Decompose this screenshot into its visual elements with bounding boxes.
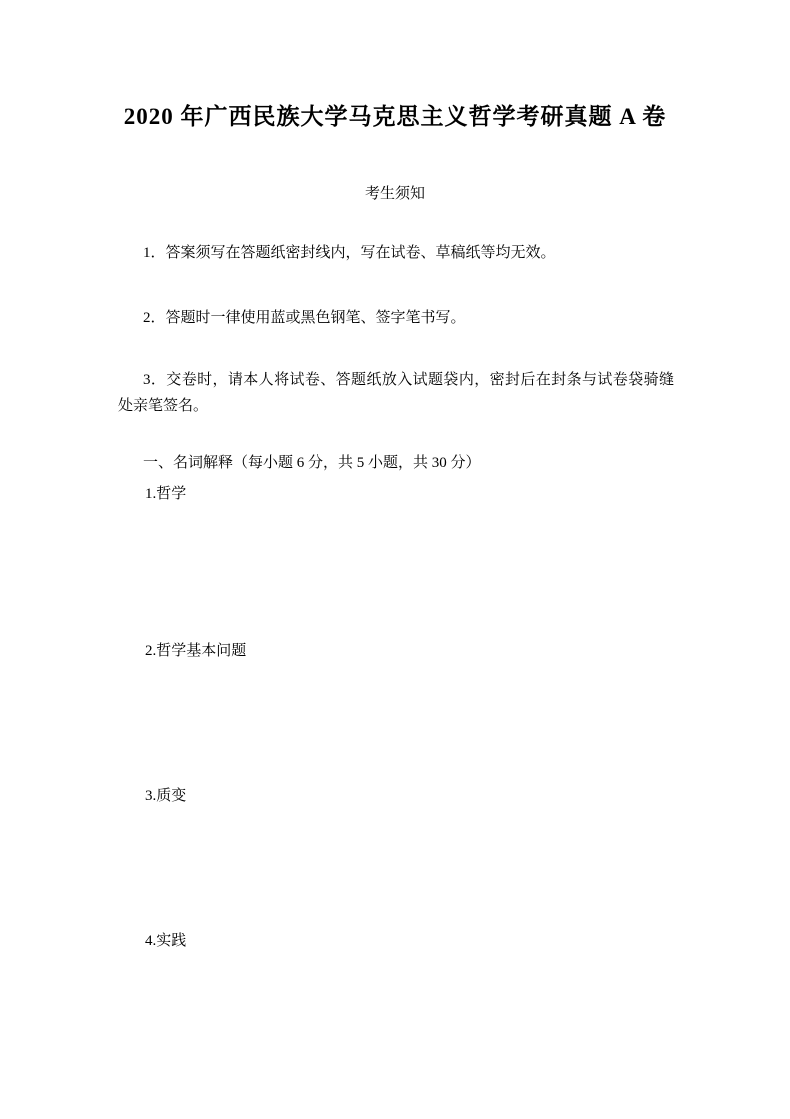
question-3: 3.质变 <box>118 786 674 806</box>
notice-heading: 考生须知 <box>0 182 790 203</box>
notice-item-2: 2．答题时一律使用蓝或黑色钢笔、签字笔书写。 <box>118 305 674 331</box>
notice-item-3: 3．交卷时，请本人将试卷、答题纸放入试题袋内，密封后在封条与试卷袋骑缝处亲笔签名… <box>118 367 674 419</box>
question-2: 2.哲学基本问题 <box>118 641 674 661</box>
question-1: 1.哲学 <box>118 484 674 504</box>
section-heading: 一、名词解释（每小题 6 分，共 5 小题，共 30 分） <box>118 450 674 476</box>
document-page: 2020 年广西民族大学马克思主义哲学考研真题 A 卷 考生须知 1．答案须写在… <box>0 0 790 1119</box>
notice-item-1: 1．答案须写在答题纸密封线内，写在试卷、草稿纸等均无效。 <box>118 240 674 266</box>
question-4: 4.实践 <box>118 931 674 951</box>
page-title: 2020 年广西民族大学马克思主义哲学考研真题 A 卷 <box>0 98 790 131</box>
